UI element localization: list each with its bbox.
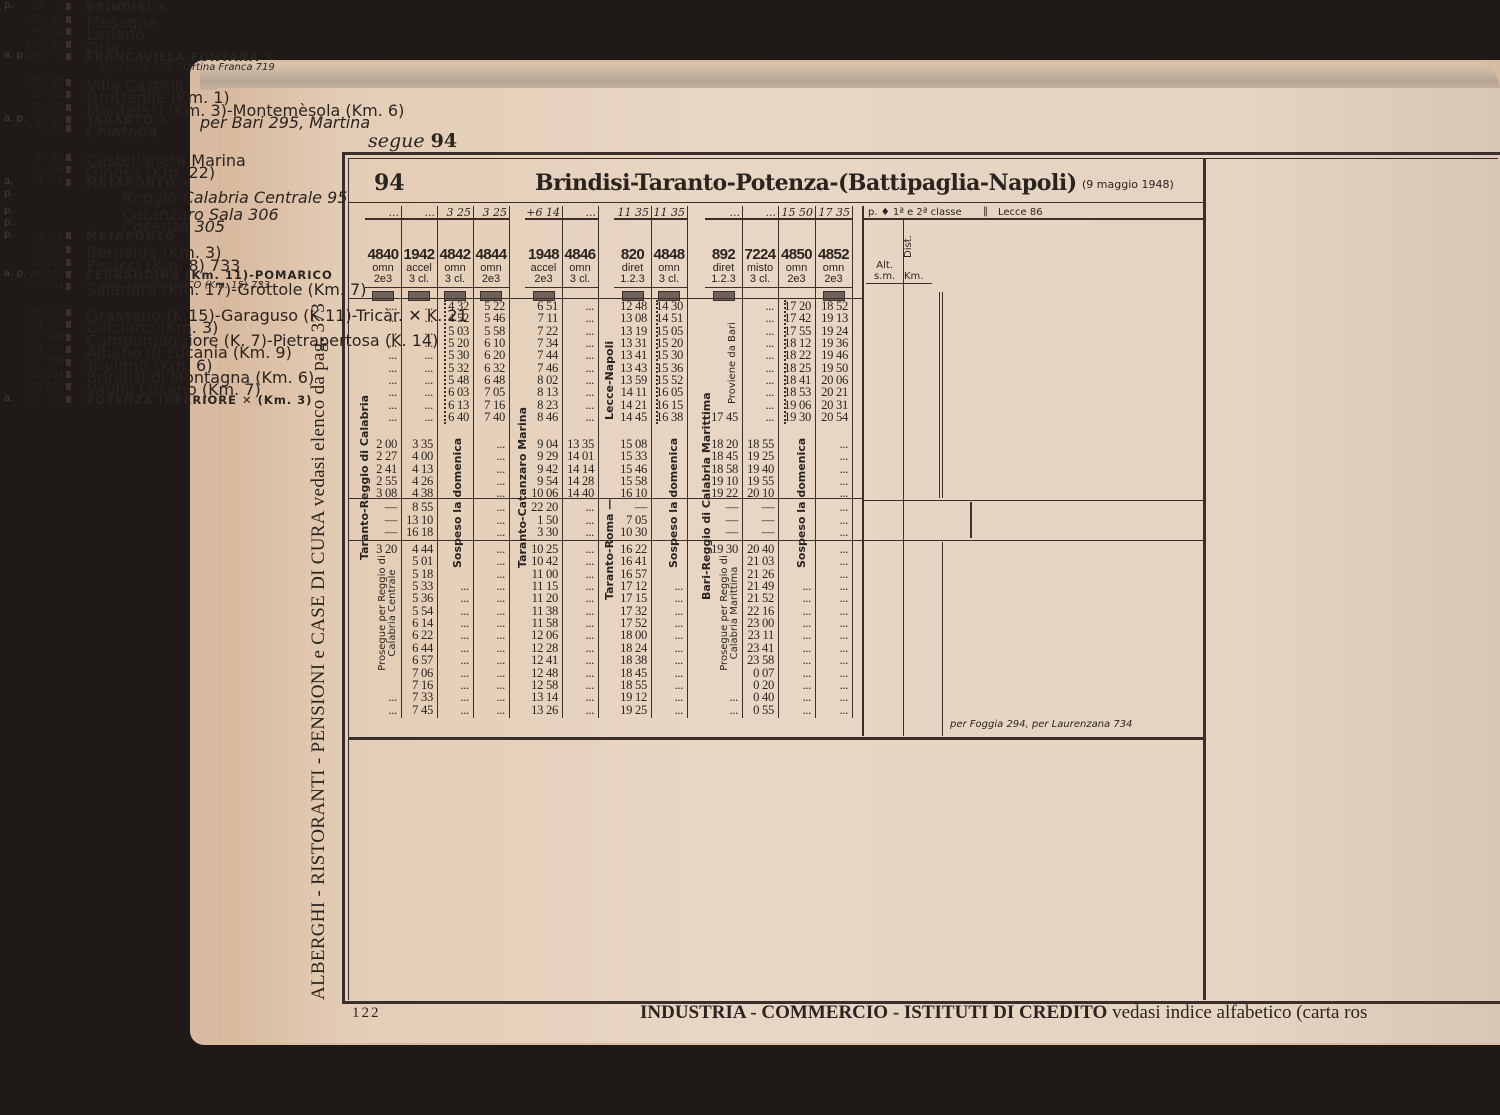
altitude: 30 — [16, 243, 42, 255]
train-number: 4852 — [815, 246, 852, 263]
time-cell: ... — [780, 704, 811, 716]
train-number: 4848 — [651, 246, 687, 263]
origin-time: +6 14 — [525, 206, 562, 220]
time-cell: ... — [439, 704, 469, 716]
station-row: p.4114METAPONTO — [0, 229, 340, 241]
conn-divider — [970, 502, 972, 538]
time-cell: 7 45 — [403, 704, 433, 716]
train-column-header: ...4846omn3 cl. — [562, 206, 598, 301]
station-row: 56138Pisticci (Km. 8) 733 — [0, 256, 340, 268]
time-cell: ... — [817, 487, 848, 499]
time-cell: 16 10 — [616, 487, 647, 499]
altitude: 87 — [16, 88, 42, 100]
train-number: 4850 — [778, 246, 815, 263]
altitude: 6 — [16, 151, 42, 163]
stop-marker-icon — [66, 383, 71, 390]
stop-marker-icon — [66, 359, 71, 366]
time-cell: ... — [817, 654, 848, 666]
time-cell: — — [367, 514, 397, 526]
time-cell: ... — [475, 704, 505, 716]
arrival-departure: a. — [4, 393, 13, 404]
service-icon — [713, 291, 735, 301]
station-row: 5104Ginosa (Km. 22) — [0, 163, 340, 175]
note-proviene-bari: Proviene da Bari — [728, 322, 738, 404]
class-note: p. ♦ 1ª e 2ª classe — [868, 207, 962, 218]
time-cell: ... — [780, 691, 811, 703]
time-cell: ... — [744, 386, 774, 398]
time-cell: ... — [564, 704, 594, 716]
time-cell: 5 36 — [403, 592, 433, 604]
station-row: a.671221POTENZA INFERIORE ✕ (Km. 3) — [0, 393, 340, 405]
time-cell: 18 45 — [616, 667, 647, 679]
distance-km: 213 — [43, 380, 63, 392]
altitude: 13 — [16, 0, 42, 12]
time-cell: ... — [817, 592, 848, 604]
legend-rule — [864, 218, 1203, 220]
note-sospeso-1: Sospeso la domenica — [451, 438, 464, 568]
time-cell: 19 46 — [817, 349, 848, 361]
time-cell: 6 20 — [475, 349, 505, 361]
station-row: 477199Trivigno (Km. 6) — [0, 356, 340, 368]
station-row: 136164Salandra (Km. 17)-Gròttole (Km. 7) — [0, 280, 340, 292]
time-cell: 6 22 — [403, 629, 433, 641]
time-cell: ... — [564, 629, 594, 641]
time-cell: 0 07 — [744, 667, 774, 679]
wavy-marker — [784, 300, 787, 424]
train-column-header: ...892diret1.2.3 — [705, 206, 742, 301]
time-cell: ... — [564, 654, 594, 666]
time-cell: ... — [564, 667, 594, 679]
arrival-departure: p. — [4, 0, 14, 11]
train-class: 2e3 — [473, 274, 509, 288]
train-number: 4842 — [437, 246, 473, 263]
distance-km: 96 — [43, 151, 63, 163]
altitude: 5 — [16, 163, 42, 175]
table-frame-inner — [348, 158, 1498, 1000]
time-cell: 3 30 — [527, 526, 558, 538]
time-cell: 20 10 — [744, 487, 774, 499]
altitude: 94 — [16, 25, 42, 37]
page-edges — [200, 62, 1500, 90]
altitude: 614 — [16, 380, 42, 392]
station-row: 30126Bernalda (Km. 3) — [0, 243, 340, 255]
time-cell: 19 25 — [616, 704, 647, 716]
altitude: 234 — [16, 318, 42, 330]
origin-time: ... — [401, 206, 437, 220]
stop-marker-icon — [66, 3, 71, 10]
distance-km: 87 — [43, 122, 63, 134]
station-section-rule-2 — [864, 540, 1203, 541]
time-cell: ... — [367, 349, 397, 361]
station-name: Salandra (Km. 17)-Gròttole (Km. 7) — [86, 280, 366, 299]
altitude: 122 — [16, 38, 42, 50]
time-cell: ... — [403, 386, 433, 398]
time-cell: 9 29 — [527, 450, 558, 462]
time-cell: 19 25 — [744, 450, 774, 462]
time-cell: ... — [817, 667, 848, 679]
time-cell: ... — [439, 592, 469, 604]
stop-marker-icon — [66, 283, 71, 290]
note-lecce-napoli: Lecce-Napoli — [603, 341, 616, 420]
distance-km: 31 — [43, 38, 63, 50]
altitude: 150 — [16, 76, 42, 88]
time-cell: 0 40 — [744, 691, 774, 703]
time-cell: 21 03 — [744, 555, 774, 567]
arrival-departure: p. — [4, 188, 14, 199]
origin-time: 15 50 — [778, 206, 815, 220]
time-cell: ... — [707, 704, 738, 716]
train-column-header: 11 354848omn3 cl. — [651, 206, 687, 301]
time-cell: ... — [817, 704, 848, 716]
train-class: 3 cl. — [437, 274, 473, 288]
altitude: 382 — [16, 331, 42, 343]
note-prosegue-reggio-marittima: Prosegue per Reggio di Calabria Marittim… — [720, 548, 740, 678]
time-cell: 11 20 — [527, 592, 558, 604]
time-cell: ... — [367, 704, 397, 716]
time-cell: 14 45 — [616, 411, 647, 423]
time-cell: 12 41 — [527, 654, 558, 666]
station-row: 454196Albano di Lucania (Km. 9) — [0, 343, 340, 355]
time-cell: 10 06 — [527, 487, 558, 499]
time-cell: 5 01 — [403, 555, 433, 567]
time-cell: 14 01 — [564, 450, 594, 462]
time-cell: — — [616, 501, 647, 513]
time-cell: 7 05 — [616, 514, 647, 526]
table-title: Brindisi-Taranto-Potenza-(Battipaglia-Na… — [535, 170, 1077, 196]
station-row: p.13»BRINDISI ✕ — [0, 0, 340, 12]
stations-divider — [862, 206, 864, 736]
station-row: 614213Vaglio Lucano (Km. 7) — [0, 380, 340, 392]
alt-km-divider — [903, 220, 904, 736]
time-cell: 20 21 — [817, 386, 848, 398]
altitude: 56 — [16, 256, 42, 268]
time-cell: 13 08 — [616, 312, 647, 324]
time-cell: ... — [653, 691, 683, 703]
time-cell: 14 11 — [616, 386, 647, 398]
station-row: 5357Monteiasi (Km. 3)-Montemèsola (Km. 6… — [0, 101, 340, 113]
time-cell: 12 48 — [527, 667, 558, 679]
train-column-header: 15 504850omn2e3 — [778, 206, 815, 301]
time-cell: ... — [475, 555, 505, 567]
train-class: 2e3 — [815, 274, 852, 288]
station-row: 15045Villa Castelli — [0, 76, 340, 88]
time-cell: ... — [564, 386, 594, 398]
station-name: Chiatona — [86, 122, 158, 141]
column-divider — [687, 206, 688, 718]
time-cell: ... — [439, 654, 469, 666]
station-name: BRINDISI ✕ — [86, 0, 168, 14]
altitude: 671 — [16, 393, 42, 405]
train-class: 1.2.3 — [614, 274, 651, 288]
time-cell: 3 08 — [367, 487, 397, 499]
time-cell: — — [367, 526, 397, 538]
time-cell: 4 00 — [403, 450, 433, 462]
distance-km: » — [43, 0, 63, 12]
stop-marker-icon — [66, 91, 71, 98]
origin-time: ... — [742, 206, 778, 220]
time-cell: 13 26 — [527, 704, 558, 716]
note-bari-reggio: Bari-Reggio di Calabria Marittima — [700, 392, 713, 600]
distance-km: 114 — [43, 229, 63, 241]
time-cell: ... — [817, 526, 848, 538]
stop-marker-icon — [66, 346, 71, 353]
time-cell: ... — [564, 555, 594, 567]
station-row: 382189Campomaggiore (K. 7)-Pietrapertosa… — [0, 331, 340, 343]
table-bottom-rule — [348, 737, 1203, 740]
time-cell: 13 10 — [403, 514, 433, 526]
origin-time: 3 25 — [473, 206, 509, 220]
stop-marker-icon — [66, 154, 71, 161]
station-name: POTENZA INFERIORE ✕ (Km. 3) — [86, 393, 312, 407]
time-cell: — — [744, 501, 774, 513]
time-cell: 21 52 — [744, 592, 774, 604]
time-cell: ... — [564, 592, 594, 604]
table-number: 94 — [374, 170, 405, 196]
altitude: 4 — [16, 229, 42, 241]
time-cell: ... — [744, 349, 774, 361]
station-row: p.Cosenza 305 — [0, 217, 340, 229]
lecce-note: Lecce 86 — [998, 207, 1043, 218]
stop-marker-icon — [66, 371, 71, 378]
origin-time: 11 35 — [651, 206, 687, 220]
distance-km: 204 — [43, 368, 63, 380]
altitude: 80 — [16, 268, 42, 280]
station-row: 587Chiatona — [0, 122, 340, 134]
distance-km: 189 — [43, 331, 63, 343]
distance-km: 104 — [43, 163, 63, 175]
time-cell: ... — [744, 411, 774, 423]
time-cell: ... — [564, 526, 594, 538]
note-taranto-reggio: Taranto-Reggio di Calabria — [358, 395, 371, 560]
time-cell: 8 13 — [527, 386, 558, 398]
column-divider — [509, 206, 510, 718]
station-row: 12231Òria — [0, 38, 340, 50]
time-cell: 13 41 — [616, 349, 647, 361]
train-number: 4844 — [473, 246, 509, 263]
altitude: 196 — [16, 306, 42, 318]
line-marker-2 — [942, 292, 943, 498]
altitude: 454 — [16, 343, 42, 355]
distance-km: 221 — [43, 393, 63, 405]
time-cell: 20 54 — [817, 411, 848, 423]
stop-marker-icon — [66, 259, 71, 266]
time-cell: 8 55 — [403, 501, 433, 513]
time-cell: 16 18 — [403, 526, 433, 538]
train-column-header: 11 35820diret1.2.3 — [614, 206, 651, 301]
alt-unit: s.m. — [874, 271, 895, 282]
stop-marker-icon — [66, 321, 71, 328]
altitude: 5 — [16, 122, 42, 134]
segue-number: 94 — [431, 130, 457, 152]
train-class: 3 cl. — [651, 274, 687, 288]
station-row: 9423Latiano — [0, 25, 340, 37]
train-class: 2e3 — [365, 274, 401, 288]
time-cell: ... — [564, 411, 594, 423]
time-cell: ... — [439, 691, 469, 703]
time-cell: 23 11 — [744, 629, 774, 641]
distance-km: 199 — [43, 356, 63, 368]
stop-marker-icon — [66, 334, 71, 341]
alt-label: Alt. — [874, 260, 895, 271]
stop-marker-icon — [66, 28, 71, 35]
station-row: a. p.13937FRANCAVILLA FONTANA ✕per Lecce… — [0, 50, 340, 62]
title-rule — [348, 202, 1203, 203]
footer-advert: INDUSTRIA - COMMERCIO - ISTITUTI DI CRED… — [640, 1002, 1367, 1024]
train-number: 4846 — [562, 246, 598, 263]
time-cell: 14 40 — [564, 487, 594, 499]
altitude: 66 — [16, 13, 42, 25]
note-prosegue-reggio-centrale: Prosegue per Reggio di Calabria Centrale — [378, 548, 398, 678]
time-cell: ... — [817, 514, 848, 526]
stop-marker-icon — [66, 271, 71, 278]
time-cell: ... — [367, 411, 397, 423]
time-cell: ... — [817, 629, 848, 641]
train-column-header: ...4840omn2e3 — [365, 206, 401, 301]
stop-marker-icon — [66, 53, 71, 60]
stop-marker-icon — [66, 179, 71, 186]
time-cell: ... — [564, 514, 594, 526]
time-cell: 6 57 — [403, 654, 433, 666]
time-cell: ... — [564, 349, 594, 361]
distance-km: 177 — [43, 318, 63, 330]
footer-bold: INDUSTRIA - COMMERCIO - ISTITUTI DI CRED… — [640, 1002, 1107, 1023]
train-class: 3 cl. — [562, 274, 598, 288]
origin-time: ... — [705, 206, 742, 220]
train-number: 820 — [614, 246, 651, 263]
distance-km: 151 — [43, 268, 63, 280]
time-cell: 12 06 — [527, 629, 558, 641]
alt-header-rule — [866, 283, 932, 284]
arrival-departure: a. — [4, 176, 13, 187]
arrival-departure: p. — [4, 217, 14, 228]
time-cell: 16 41 — [616, 555, 647, 567]
altitude: 529 — [16, 368, 42, 380]
time-cell: ... — [817, 555, 848, 567]
station-note: per Lecce 719, Martina Franca 719 — [100, 62, 275, 73]
time-cell: 10 42 — [527, 555, 558, 567]
train-class: 3 cl. — [401, 274, 437, 288]
stop-marker-icon — [66, 125, 71, 132]
time-cell: ... — [817, 501, 848, 513]
train-number: 1948 — [525, 246, 562, 263]
distance-km: 138 — [43, 256, 63, 268]
distance-km: 23 — [43, 25, 63, 37]
time-cell: ... — [564, 691, 594, 703]
note-taranto-catanzaro: Taranto-Catanzaro Marina — [516, 407, 529, 568]
stop-marker-icon — [66, 396, 71, 403]
time-cell: ... — [653, 629, 683, 641]
time-cell: ... — [780, 654, 811, 666]
stop-marker-icon — [66, 166, 71, 173]
stop-marker-icon — [66, 16, 71, 23]
train-class: 2e3 — [525, 274, 562, 288]
time-cell: 19 12 — [616, 691, 647, 703]
origin-time: ... — [365, 206, 401, 220]
dist-label: Dist. — [904, 235, 914, 258]
line-marker-1 — [939, 292, 940, 498]
time-cell: 18 38 — [616, 654, 647, 666]
note-sospeso-3: Sospeso la domenica — [795, 438, 808, 568]
station-row: p.Reggio Calabria Centrale 95 — [0, 188, 340, 200]
station-row: a. p.80151FERRANDINA (Km. 11)-POMARICO(K… — [0, 268, 340, 280]
time-cell: ... — [653, 592, 683, 604]
origin-time: 3 25 — [437, 206, 473, 220]
time-cell: 1 50 — [527, 514, 558, 526]
time-cell: ... — [367, 691, 397, 703]
time-cell: ... — [653, 667, 683, 679]
distance-km: 37 — [43, 50, 63, 62]
page-number: 122 — [352, 1005, 381, 1022]
time-cell: ... — [475, 526, 505, 538]
distance-km: 114 — [43, 176, 63, 188]
legend: p. ♦ 1ª e 2ª classe ‖ Lecce 86 — [868, 207, 962, 218]
train-number: 4840 — [365, 246, 401, 263]
stop-marker-icon — [66, 79, 71, 86]
station-row: 196174Grassano (K.15)-Garaguso (K.11)-Tr… — [0, 306, 340, 318]
distance-km: 45 — [43, 76, 63, 88]
station-row: 8752Grottàglie (Km. 1) — [0, 88, 340, 100]
time-cell: ... — [475, 691, 505, 703]
origin-time: 17 35 — [815, 206, 852, 220]
time-cell: ... — [707, 691, 738, 703]
distance-km: 52 — [43, 88, 63, 100]
time-cell: ... — [564, 312, 594, 324]
time-cell: ... — [780, 592, 811, 604]
station-row: 234177Calciano (Km. 3) — [0, 318, 340, 330]
time-cell: 7 33 — [403, 691, 433, 703]
time-cell: — — [744, 514, 774, 526]
table-date: (9 maggio 1948) — [1082, 178, 1174, 191]
column-divider — [598, 206, 599, 718]
altitude: 4 — [16, 176, 42, 188]
footer-rest: vedasi indice alfabetico (carta ros — [1107, 1002, 1367, 1023]
altitude: 139 — [16, 50, 42, 62]
time-cell: 15 33 — [616, 450, 647, 462]
station-row: 6615Mesagne — [0, 13, 340, 25]
train-class: 1.2.3 — [705, 274, 742, 288]
origin-time: 11 35 — [614, 206, 651, 220]
time-cell: ... — [439, 629, 469, 641]
time-cell: 2 27 — [367, 450, 397, 462]
train-column-header: +6 141948accel2e3 — [525, 206, 562, 301]
wavy-marker — [656, 300, 659, 424]
train-class: 3 cl. — [742, 274, 778, 288]
note-taranto-roma: Taranto-Roma — — [603, 499, 616, 600]
stations-footer: per Foggia 294, per Laurenzana 734 — [950, 719, 1132, 730]
note-sospeso-2: Sospeso la domenica — [667, 438, 680, 568]
time-cell: — — [367, 501, 397, 513]
train-column-header: ...1942accel3 cl. — [401, 206, 437, 301]
distance-km: 196 — [43, 343, 63, 355]
time-cell: 22 20 — [527, 501, 558, 513]
time-cell: ... — [475, 514, 505, 526]
train-column-header: 17 354852omn2e3 — [815, 206, 852, 301]
altitude: 477 — [16, 356, 42, 368]
altitude: 53 — [16, 101, 42, 113]
train-column-header: ...7224misto3 cl. — [742, 206, 778, 301]
time-cell: ... — [475, 450, 505, 462]
time-cell: ... — [817, 691, 848, 703]
time-cell: ... — [780, 629, 811, 641]
alt-header: Alt. s.m. — [874, 260, 895, 282]
time-cell: ... — [439, 667, 469, 679]
dist-unit: Km. — [904, 271, 923, 282]
time-cell: 7 44 — [527, 349, 558, 361]
time-cell: 7 11 — [527, 312, 558, 324]
train-class: 2e3 — [778, 274, 815, 288]
stop-marker-icon — [66, 104, 71, 111]
arrival-departure: p. — [4, 205, 14, 216]
